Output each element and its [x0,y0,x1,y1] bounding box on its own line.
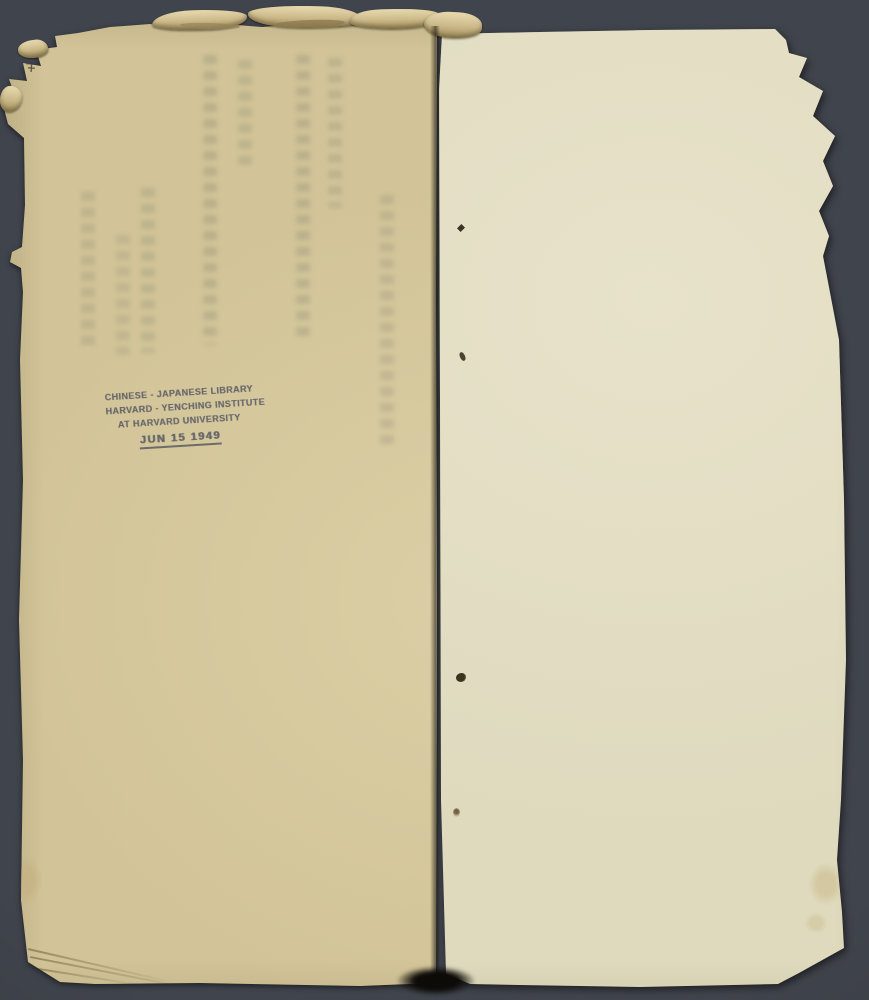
ink-speck [453,808,460,817]
gutter-bottom-shadow [396,966,476,996]
paper-stain [804,912,828,934]
ink-speck [457,224,465,232]
book-scan: CHINESE - JAPANESE LIBRARY HARVARD - YEN… [0,0,869,1000]
ink-speck [456,673,466,682]
ink-speck [458,351,466,361]
gutter-shadow [430,26,440,978]
paper-stain [808,862,844,906]
